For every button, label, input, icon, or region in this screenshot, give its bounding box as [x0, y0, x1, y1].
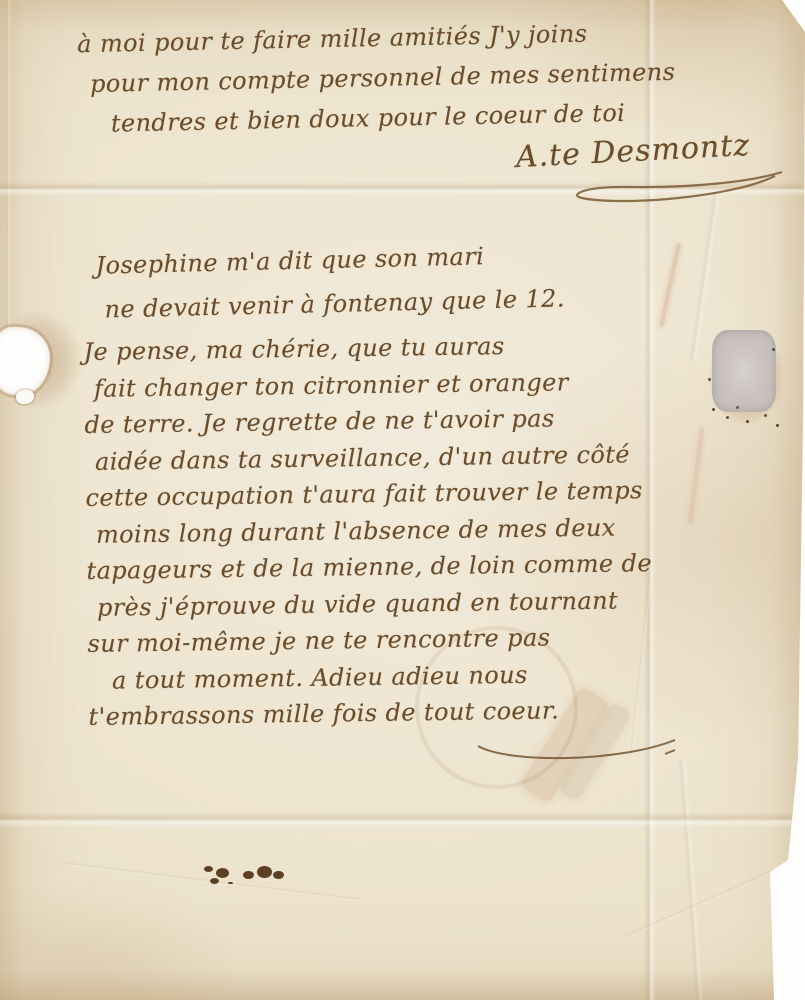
torn-hole-small [16, 390, 34, 404]
letter-page: à moi pour te faire mille amitiés J'y jo… [0, 0, 805, 1000]
letter-body-paragraph: Je pense, ma chérie, que tu auras fait c… [83, 326, 654, 735]
letter-line: fait changer ton citronnier et oranger [94, 363, 650, 407]
closing-flourish [470, 728, 690, 772]
letter-opening-paragraph: à moi pour te faire mille amitiés J'y jo… [77, 12, 677, 144]
signature-flourish [560, 168, 790, 212]
letter-note-paragraph: Josephine m'a dit que son mari ne devait… [95, 232, 565, 331]
fold-crease-horizontal-bottom [0, 812, 805, 828]
fold-crease-vertical-lower-right [678, 760, 705, 1000]
fold-crease-vertical-upper-right [688, 192, 722, 362]
letter-line: t'embrassons mille fois de tout coeur. [88, 691, 654, 735]
paper-wrinkle [627, 866, 784, 938]
fold-crease-left-edge [4, 0, 12, 380]
letter-scan: à moi pour te faire mille amitiés J'y jo… [0, 0, 805, 1000]
ink-showthrough-mark [688, 428, 704, 524]
seal-residue-patch [712, 330, 776, 412]
seal-residue-halo [698, 316, 794, 438]
ink-showthrough-mark [659, 243, 681, 328]
torn-hole [0, 327, 50, 395]
seal-residue-specks [712, 408, 715, 411]
paper-wrinkle [61, 862, 359, 902]
tear-stain-halo [0, 298, 95, 423]
ink-blots [204, 866, 213, 872]
fold-crease-horizontal-top [0, 182, 805, 196]
letter-line: près j'éprouve du vide quand en tournant [97, 582, 653, 626]
